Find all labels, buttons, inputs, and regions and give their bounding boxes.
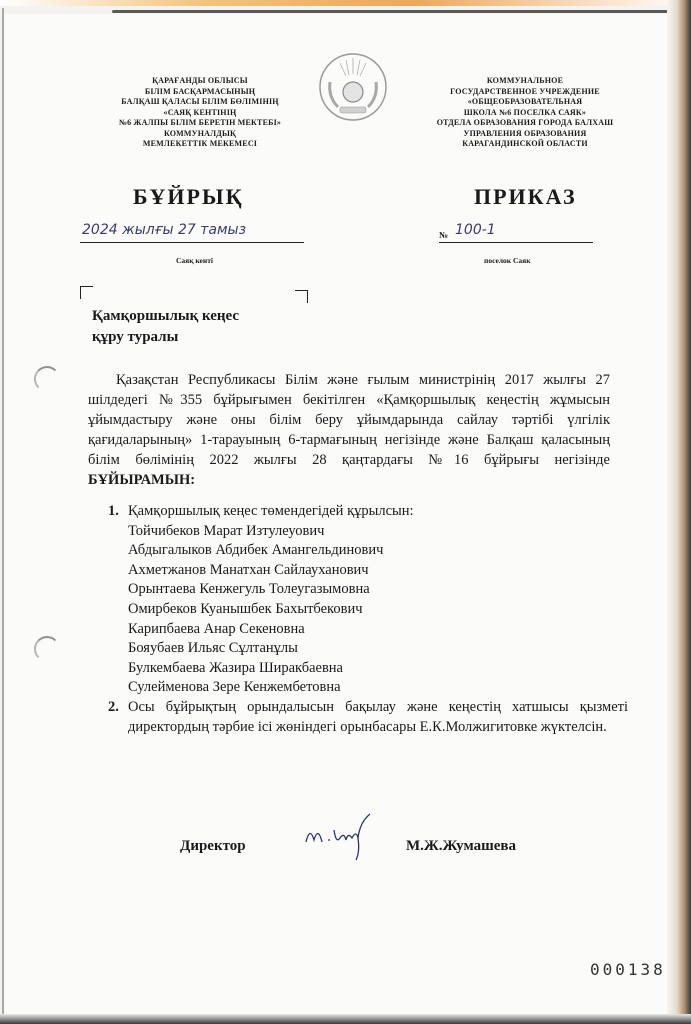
item-text: Осы бұйрықтың орындалысын бақылау және к… <box>128 698 628 737</box>
scan-top-edge <box>0 0 691 6</box>
punch-hole-icon <box>34 366 60 392</box>
header-line: КОММУНАЛДЫҚ <box>100 129 300 140</box>
council-member: Карипбаева Анар Секеновна <box>128 620 628 640</box>
header-line: БІЛІМ БАСҚАРМАСЫНЫҢ <box>100 87 300 98</box>
header-line: МЕМЛЕКЕТТІК МЕКЕМЕСІ <box>100 139 300 150</box>
council-member: Бояубаев Ильяс Сұлтанұлы <box>128 639 628 659</box>
council-members-list: Тойчибеков Марат Изтулеуович Абдыгалыков… <box>108 522 628 698</box>
subject-line: құру туралы <box>92 327 239 348</box>
subject-corner-mark-right <box>295 290 308 303</box>
order-title-kazakh: БҰЙРЫҚ <box>133 184 244 210</box>
preamble-text: Қазақстан Республикасы Білім және ғылым … <box>88 372 610 468</box>
header-line: ҚАРАҒАНДЫ ОБЛЫСЫ <box>100 76 300 87</box>
header-line: КОММУНАЛЬНОЕ <box>410 76 640 87</box>
paper-top-edge-line <box>112 10 672 13</box>
number-symbol: № <box>439 230 448 240</box>
header-line: ОТДЕЛА ОБРАЗОВАНИЯ ГОРОДА БАЛХАШ <box>410 118 640 129</box>
order-items: 1. Қамқоршылық кеңес төмендегідей құрылс… <box>108 502 628 737</box>
council-member: Булкембаева Жазира Ширакбаевна <box>128 659 628 679</box>
header-line: «ОБЩЕОБРАЗОВАТЕЛЬНАЯ <box>410 97 640 108</box>
signature-icon <box>300 812 380 862</box>
council-member: Тойчибеков Марат Изтулеуович <box>128 522 628 542</box>
subject-corner-mark-left <box>80 286 93 299</box>
place-russian: поселок Саяк <box>484 256 531 265</box>
item-number: 2. <box>108 698 128 737</box>
header-kazakh-institution: ҚАРАҒАНДЫ ОБЛЫСЫ БІЛІМ БАСҚАРМАСЫНЫҢ БАЛ… <box>100 76 300 150</box>
subject-line: Қамқоршылық кеңес <box>92 306 239 327</box>
council-member: Омирбеков Куанышбек Бахытбекович <box>128 600 628 620</box>
handwritten-order-number: 100-1 <box>455 222 496 238</box>
handwritten-date: 2024 жылғы 27 тамыз <box>82 222 246 238</box>
state-emblem-icon <box>318 52 388 122</box>
header-line: БАЛҚАШ ҚАЛАСЫ БІЛІМ БӨЛІМІНІҢ <box>100 97 300 108</box>
item-text: Қамқоршылық кеңес төмендегідей құрылсын: <box>128 502 414 522</box>
scan-bottom-edge <box>0 1014 691 1024</box>
header-line: №6 ЖАЛПЫ БІЛІМ БЕРЕТІН МЕКТЕБІ» <box>100 118 300 129</box>
council-member: Абдыгалыков Абдибек Амангельдинович <box>128 541 628 561</box>
header-line: ГОСУДАРСТВЕННОЕ УЧРЕЖДЕНИЕ <box>410 87 640 98</box>
preamble-paragraph: Қазақстан Республикасы Білім және ғылым … <box>88 370 610 490</box>
scan-right-edge <box>667 0 691 1024</box>
signatory-name: М.Ж.Жумашева <box>406 838 516 855</box>
serial-number: 000138 <box>590 960 666 979</box>
header-line: ШКОЛА №6 ПОСЕЛКА САЯК» <box>410 108 640 119</box>
order-subject: Қамқоршылық кеңес құру туралы <box>92 306 239 348</box>
item-number: 1. <box>108 502 128 522</box>
header-line: «САЯҚ КЕНТІНІҢ <box>100 108 300 119</box>
council-member: Сулейменова Зере Кенжембетовна <box>128 678 628 698</box>
order-word: БҰЙЫРАМЫН: <box>88 472 195 488</box>
place-kazakh: Саяқ кенті <box>176 256 213 265</box>
header-russian-institution: КОММУНАЛЬНОЕ ГОСУДАРСТВЕННОЕ УЧРЕЖДЕНИЕ … <box>410 76 640 150</box>
order-title-russian: ПРИКАЗ <box>474 184 577 210</box>
order-item-1: 1. Қамқоршылық кеңес төмендегідей құрылс… <box>108 502 628 522</box>
council-member: Орынтаева Кенжегуль Толеугазымовна <box>128 580 628 600</box>
order-item-2: 2. Осы бұйрықтың орындалысын бақылау жән… <box>108 698 628 737</box>
punch-hole-icon <box>34 636 60 662</box>
council-member: Ахметжанов Манатхан Сайлауханович <box>128 561 628 581</box>
paper-left-edge-line <box>2 8 4 1024</box>
signatory-title: Директор <box>180 838 246 855</box>
header-line: КАРАГАНДИНСКОЙ ОБЛАСТИ <box>410 139 640 150</box>
header-line: УПРАВЛЕНИЯ ОБРАЗОВАНИЯ <box>410 129 640 140</box>
